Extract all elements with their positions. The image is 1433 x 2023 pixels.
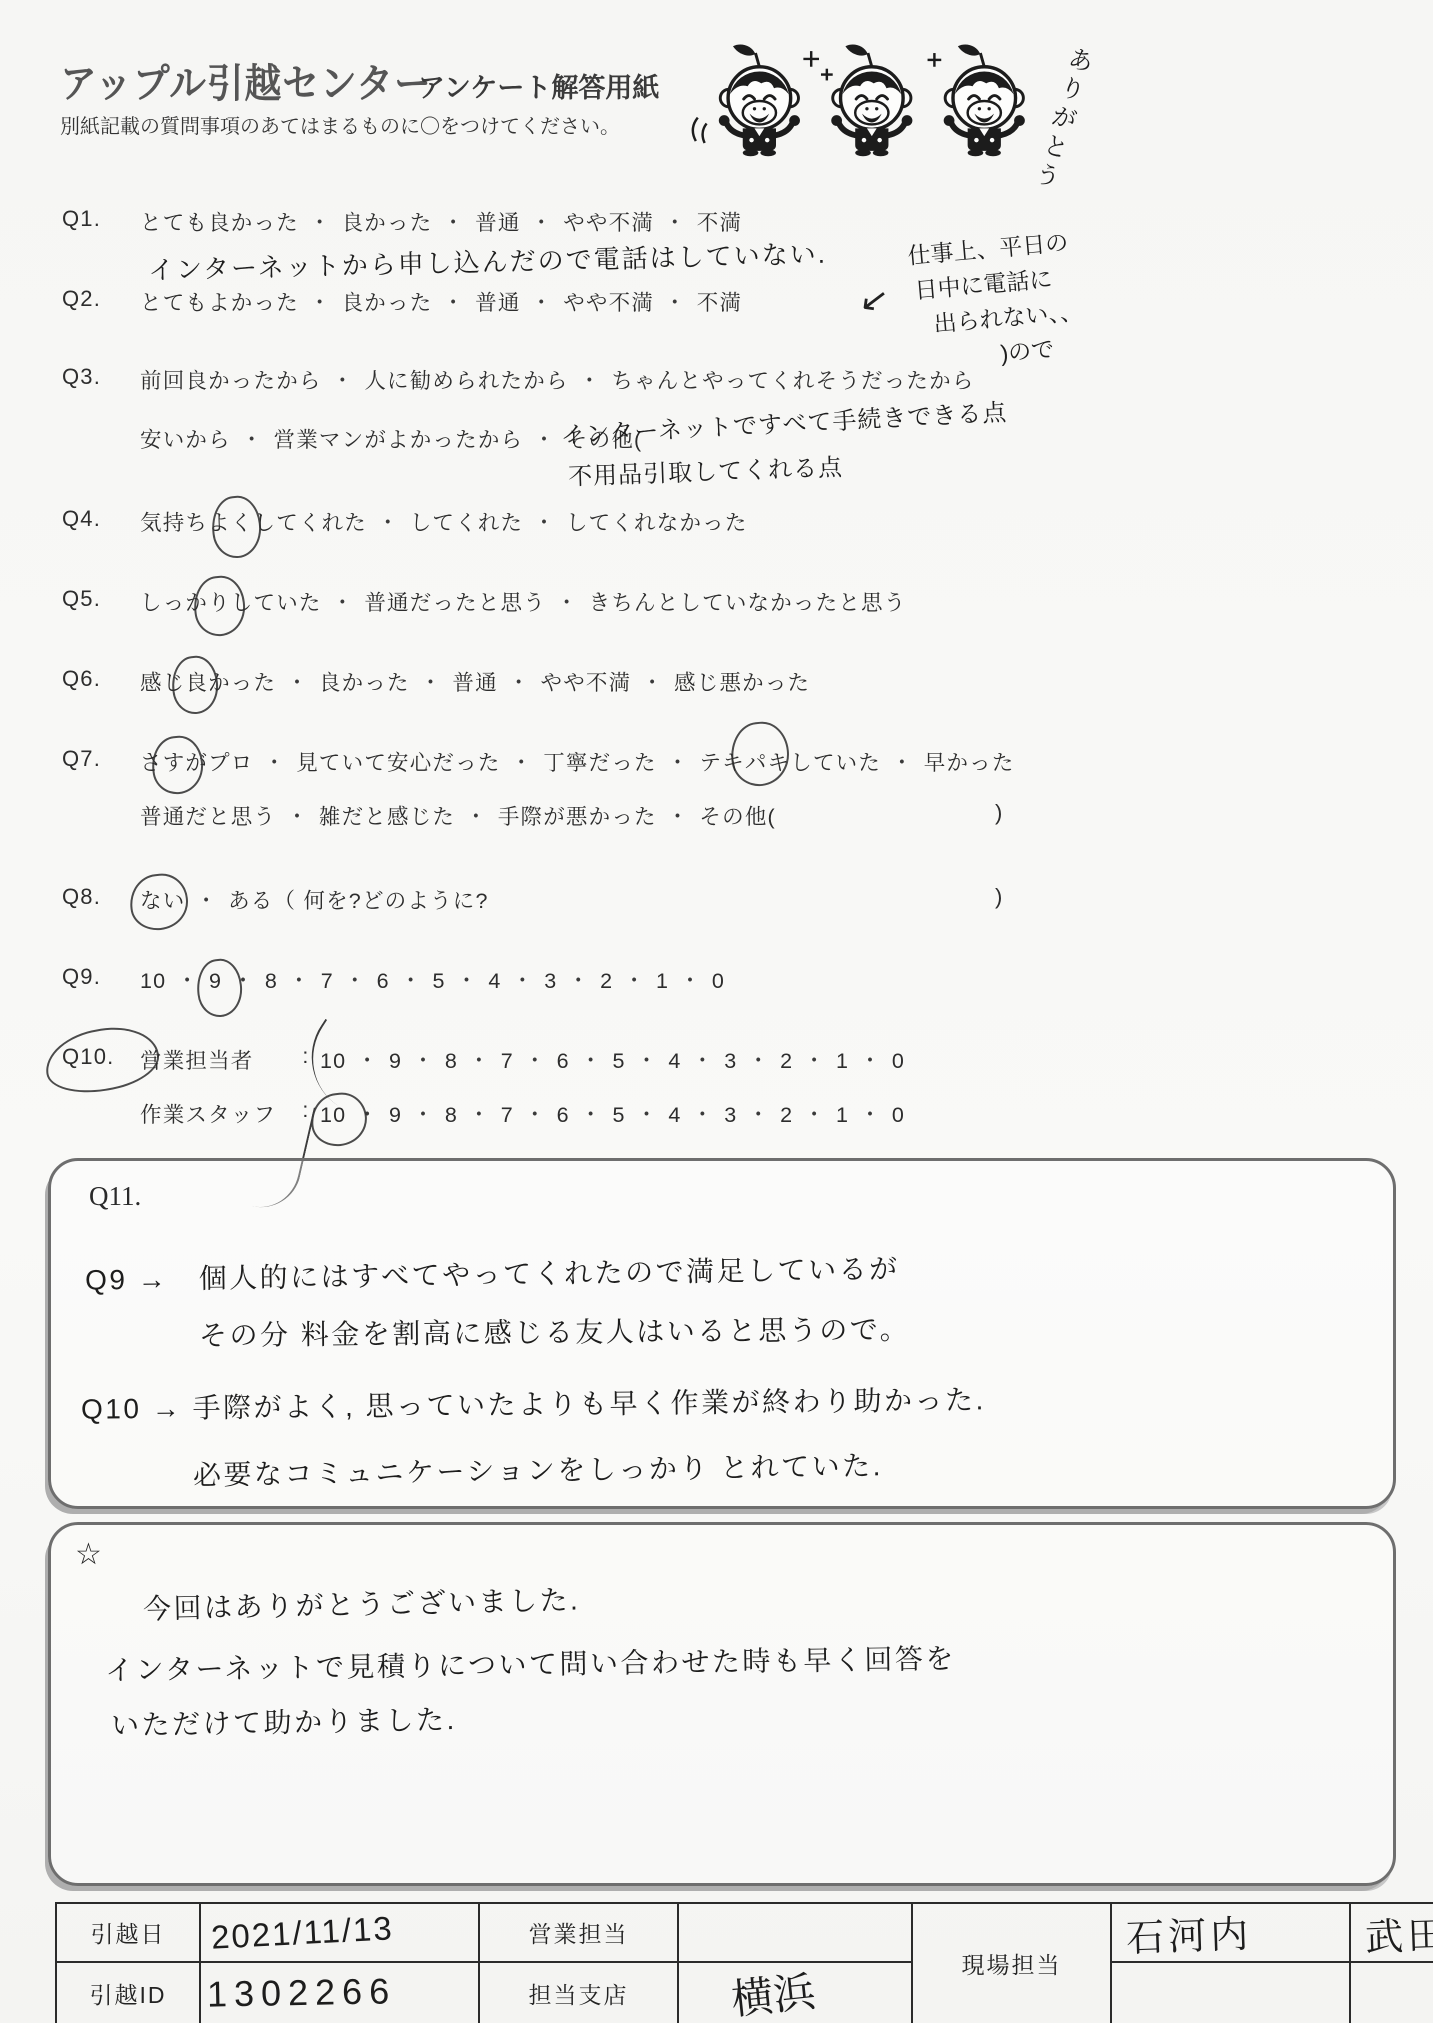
branch-label: 担当支店 (479, 1962, 678, 2023)
option-text: 4 (668, 1049, 681, 1074)
option-text: 不満 (697, 286, 742, 317)
option-text: 普通 (452, 666, 497, 697)
separator-dot: ・ (356, 1098, 379, 1129)
q11-handwriting-line: その分 料金を割高に感じる友人はいると思うので。 (199, 1308, 911, 1354)
option-text: 気持ちよくしてくれた (140, 506, 367, 537)
option-text: 10 (140, 969, 166, 994)
question-q2: Q2. とてもよかった・良かった・普通・やや不満・不満 (62, 286, 742, 317)
options-row: 感じ良かった・良かった・普通・やや不満・感じ悪かった (140, 666, 810, 697)
question-number: Q8. (62, 884, 140, 910)
sales-rep-label: 営業担当 (479, 1903, 678, 1962)
option-text: 8 (265, 969, 278, 994)
separator-dot: ・ (524, 1044, 547, 1075)
separator-dot: ・ (679, 964, 702, 995)
site-rep-label: 現場担当 (912, 1903, 1111, 2023)
option-text: してくれなかった (566, 506, 748, 537)
handwritten-circle-mark (169, 654, 221, 716)
option-text: 2 (780, 1103, 793, 1128)
separator-dot: ・ (195, 884, 218, 915)
handwritten-note-q1: インターネットから申し込んだので電話はしていない. (148, 234, 828, 288)
option-text: 3 (724, 1049, 737, 1074)
separator-dot: ・ (692, 1098, 715, 1129)
separator-dot: ・ (332, 586, 355, 617)
option-text: 早かった (924, 746, 1015, 777)
handwritten-circle-mark (191, 574, 248, 639)
separator-dot: ・ (533, 423, 556, 454)
separator-dot: ・ (442, 286, 465, 317)
separator-dot: ・ (344, 964, 367, 995)
separator-dot: ・ (664, 206, 687, 237)
move-id-label: 引越ID (56, 1962, 200, 2023)
monkey-mascot-1 (719, 45, 800, 157)
handwritten-note-q3-line1: インターネットですべて手続きできる点 (559, 392, 1008, 450)
margin-annotation: 仕事上、平日の 日中に電話に 出られない、、 )ので (894, 224, 1087, 379)
separator-dot: ・ (508, 666, 531, 697)
option-text: やや不満 (563, 206, 654, 237)
option-text: 不満 (697, 206, 742, 237)
question-q9: Q9. 10・9・8・7・6・5・4・3・2・1・0 (62, 964, 725, 995)
option-text: 営業マンがよかったから (274, 423, 524, 454)
separator-dot: ・ (664, 286, 687, 317)
margin-annotation-line: )ので (999, 329, 1087, 371)
separator-dot: ・ (511, 746, 534, 777)
separator-dot: ・ (176, 964, 199, 995)
arrow-icon: ↙ (857, 278, 891, 322)
option-text: しっかりしていた (140, 586, 322, 617)
option-text: 普通 (475, 206, 520, 237)
separator-dot: ・ (286, 666, 309, 697)
question-q3-line1: Q3. 前回良かったから・人に勧められたから・ちゃんとやってくれそうだったから (62, 364, 975, 395)
q11-handwriting-line: 必要なコミュニケーションをしっかり とれていた. (193, 1444, 883, 1494)
option-text: 良かった (319, 666, 410, 697)
separator-dot: ・ (288, 964, 311, 995)
option-text: 9 (389, 1103, 402, 1128)
site-rep-name2-handwriting: 武田 (1364, 1904, 1433, 1962)
q11-comment-box: Q11. Q9 → 個人的にはすべてやってくれたので満足しているが その分 料金… (48, 1158, 1396, 1509)
option-text: 6 (557, 1049, 570, 1074)
question-q7-line1: Q7. さすがプロ・見ていて安心だった・丁寧だった・テキパキしていた・早かった (62, 746, 1015, 777)
option-text: 8 (445, 1103, 458, 1128)
option-text: 2 (600, 969, 613, 994)
separator-dot: ・ (264, 746, 287, 777)
option-text: 見ていて安心だった (296, 746, 500, 777)
separator-dot: ・ (420, 666, 443, 697)
move-date-label: 引越日 (56, 1903, 200, 1962)
option-text: 7 (501, 1103, 514, 1128)
option-text: 感じ悪かった (674, 666, 810, 697)
option-text: 5 (613, 1049, 626, 1074)
handwritten-circle-mark (149, 734, 206, 797)
question-number: Q10. (62, 1044, 140, 1070)
monkey-mascot-3 (944, 45, 1025, 157)
question-q10-row1: Q10. 営業担当者 : 10・9・8・7・6・5・4・3・2・1・0 (62, 1044, 905, 1075)
option-text: 5 (433, 969, 446, 994)
option-text: 6 (557, 1103, 570, 1128)
question-q6: Q6. 感じ良かった・良かった・普通・やや不満・感じ悪かった (62, 666, 810, 697)
option-text: 9 (389, 1049, 402, 1074)
option-text: 雑だと感じた (319, 800, 455, 831)
separator-dot: ・ (400, 964, 423, 995)
separator-dot: ・ (747, 1044, 770, 1075)
question-number: Q1. (62, 206, 140, 232)
option-text: 前回良かったから (140, 364, 322, 395)
question-q8: Q8. ない・ある（ 何を?どのように? (62, 884, 489, 915)
separator-dot: ・ (465, 800, 488, 831)
option-text: 7 (501, 1049, 514, 1074)
separator-dot: ・ (623, 964, 646, 995)
separator-dot: ・ (859, 1098, 882, 1129)
option-text: とても良かった (140, 206, 299, 237)
handwritten-circle-mark (209, 494, 264, 561)
move-id-value-cell: 1302266 (200, 1962, 479, 2023)
option-text: きちんとしていなかったと思う (589, 586, 907, 617)
star-handwriting-line: インターネットで見積りについて問い合わせた時も早く回答を (105, 1637, 956, 1689)
options-row: 気持ちよくしてくれた・してくれた・してくれなかった (140, 506, 748, 537)
separator-dot: ・ (377, 506, 400, 537)
separator-dot: ・ (667, 800, 690, 831)
q11-handwriting-line: Q10 → 手際がよく, 思っていたよりも早く作業が終わり助かった. (81, 1378, 986, 1427)
site-rep-name2-cell: 武田 (1350, 1903, 1433, 1962)
row-label-staff: 作業スタッフ (140, 1098, 292, 1129)
option-text: 良かった (342, 206, 433, 237)
sales-rep-value-cell (678, 1903, 912, 1962)
separator-dot: ・ (309, 286, 332, 317)
question-number: Q3. (62, 364, 140, 390)
question-number: Q4. (62, 506, 140, 532)
separator-dot: ・ (692, 1044, 715, 1075)
separator-dot: ・ (456, 964, 479, 995)
option-text: 2 (780, 1049, 793, 1074)
option-text: 1 (836, 1049, 849, 1074)
options-row: とてもよかった・良かった・普通・やや不満・不満 (140, 286, 742, 317)
separator-dot: ・ (241, 423, 264, 454)
question-number: Q7. (62, 746, 140, 772)
options-row: 普通だと思う・雑だと感じた・手際が悪かった・その他( (140, 800, 776, 831)
monkey-mascot-2 (831, 45, 912, 157)
option-text: 0 (712, 969, 725, 994)
separator-dot: ・ (309, 206, 332, 237)
option-text: 3 (544, 969, 557, 994)
motion-lines-icon (693, 118, 698, 141)
separator-dot: ・ (232, 964, 255, 995)
separator-dot: ・ (641, 666, 664, 697)
separator-dot: ・ (580, 1098, 603, 1129)
option-text: その他( (699, 800, 775, 831)
star-handwriting-line: 今回はありがとうございました. (143, 1578, 581, 1627)
question-q3-line2: 安いから・営業マンがよかったから・その他( (62, 423, 642, 454)
branch-value-cell: 横浜 (678, 1962, 912, 2023)
brand-title: アップル引越センター (60, 52, 432, 109)
options-row: ない・ある（ 何を?どのように? (140, 884, 489, 915)
separator-dot: ・ (579, 364, 602, 395)
closing-paren: ) (995, 800, 1002, 826)
move-date-value-cell: 2021/11/13 (200, 1903, 479, 1962)
option-text: 0 (892, 1049, 905, 1074)
separator-dot: ・ (332, 364, 355, 395)
option-text: とてもよかった (140, 286, 299, 317)
rating-scale-row: 10・9・8・7・6・5・4・3・2・1・0 (320, 1044, 905, 1075)
question-number: Q9. (62, 964, 140, 990)
q11-handwriting-line: Q9 → 個人的にはすべてやってくれたので満足しているが (85, 1247, 900, 1298)
separator-dot: ・ (286, 800, 309, 831)
question-number: Q6. (62, 666, 140, 692)
option-text: 7 (321, 969, 334, 994)
option-text: 4 (488, 969, 501, 994)
separator-dot: ・ (667, 746, 690, 777)
options-row: 前回良かったから・人に勧められたから・ちゃんとやってくれそうだったから (140, 364, 975, 395)
separator-dot: ・ (468, 1044, 491, 1075)
options-row: さすがプロ・見ていて安心だった・丁寧だった・テキパキしていた・早かった (140, 746, 1015, 777)
move-id-handwriting: 1302266 (207, 1970, 397, 2015)
question-number-wrap: Q10. (62, 1044, 140, 1070)
separator-dot: ・ (580, 1044, 603, 1075)
question-q1: Q1. とても良かった・良かった・普通・やや不満・不満 (62, 206, 742, 237)
option-text: ちゃんとやってくれそうだったから (611, 364, 974, 395)
closing-paren: ) (995, 884, 1002, 910)
move-date-handwriting: 2021/11/13 (210, 1909, 394, 1957)
option-text: 9 (209, 969, 222, 994)
option-text: 手際が悪かった (498, 800, 657, 831)
option-text: 8 (445, 1049, 458, 1074)
star-handwriting-line: いただけて助かりました. (111, 1698, 457, 1744)
option-text: 0 (892, 1103, 905, 1128)
separator-dot: ・ (803, 1098, 826, 1129)
option-text: 5 (613, 1103, 626, 1128)
option-text: ない (140, 884, 185, 915)
instruction-text: 別紙記載の質問事項のあてはまるものに〇をつけてください。 (60, 110, 620, 139)
option-text: ある（ 何を?どのように? (228, 884, 489, 915)
option-text: やや不満 (563, 286, 654, 317)
option-text: 感じ良かった (140, 666, 276, 697)
separator-dot: ・ (567, 964, 590, 995)
separator-dot: ・ (859, 1044, 882, 1075)
separator-dot: ・ (636, 1098, 659, 1129)
option-text: 3 (724, 1103, 737, 1128)
handwritten-circle-mark (727, 720, 791, 790)
monkey-mascots-illustration (688, 42, 1040, 157)
option-text: 6 (377, 969, 390, 994)
separator-dot: ・ (533, 506, 556, 537)
rating-scale-row: 10・9・8・7・6・5・4・3・2・1・0 (320, 1098, 905, 1129)
option-text: 普通 (475, 286, 520, 317)
rating-scale-row: 10・9・8・7・6・5・4・3・2・1・0 (140, 964, 725, 995)
separator-dot: ・ (468, 1098, 491, 1129)
options-row: しっかりしていた・普通だったと思う・きちんとしていなかったと思う (140, 586, 906, 617)
branch-handwriting: 横浜 (728, 1959, 818, 2023)
option-text: 人に勧められたから (364, 364, 568, 395)
separator-dot: ・ (412, 1044, 435, 1075)
separator-dot: ・ (531, 286, 554, 317)
survey-sheet-page: アップル引越センター アンケート解答用紙 別紙記載の質問事項のあてはまるものに〇… (0, 0, 1433, 2023)
star-comment-box: ☆ 今回はありがとうございました. インターネットで見積りについて問い合わせた時… (48, 1522, 1396, 1886)
separator-dot: ・ (556, 586, 579, 617)
separator-dot: ・ (636, 1044, 659, 1075)
separator-dot: ・ (747, 1098, 770, 1129)
option-text: やや不満 (541, 666, 632, 697)
site-rep-name1-cell: 石河内 (1111, 1903, 1350, 1962)
question-q4: Q4. 気持ちよくしてくれた・してくれた・してくれなかった (62, 506, 748, 537)
star-icon: ☆ (75, 1537, 102, 1572)
footer-info-table: 引越日 2021/11/13 営業担当 現場担当 石河内 武田 引越ID 130… (55, 1902, 1433, 2023)
q11-label: Q11. (89, 1181, 141, 1212)
question-q10-row2: 作業スタッフ : 10・9・8・7・6・5・4・3・2・1・0 (62, 1098, 905, 1129)
option-text: 安いから (140, 423, 231, 454)
site-rep-name1-handwriting: 石河内 (1125, 1903, 1253, 1962)
option-text: 丁寧だった (543, 746, 657, 777)
separator-dot: ・ (442, 206, 465, 237)
options-row: とても良かった・良かった・普通・やや不満・不満 (140, 206, 742, 237)
question-q7-line2: 普通だと思う・雑だと感じた・手際が悪かった・その他( (62, 800, 776, 831)
separator-dot: ・ (891, 746, 914, 777)
option-text: 普通だったと思う (364, 586, 546, 617)
separator-dot: ・ (531, 206, 554, 237)
option-text: 1 (836, 1103, 849, 1128)
separator-dot: ・ (412, 1098, 435, 1129)
question-number: Q5. (62, 586, 140, 612)
empty-cell (1111, 1962, 1350, 2023)
option-text: 1 (656, 969, 669, 994)
question-q5: Q5. しっかりしていた・普通だったと思う・きちんとしていなかったと思う (62, 586, 906, 617)
option-text: さすがプロ (140, 746, 254, 777)
form-title: アンケート解答用紙 (418, 66, 659, 105)
option-text: テキパキしていた (699, 746, 881, 777)
empty-cell (1350, 1962, 1433, 2023)
separator-dot: ・ (512, 964, 535, 995)
row-label-sales: 営業担当者 (140, 1044, 292, 1075)
question-number: Q2. (62, 286, 140, 312)
option-text: 4 (668, 1103, 681, 1128)
separator-dot: ・ (524, 1098, 547, 1129)
option-text: 普通だと思う (140, 800, 276, 831)
option-text: してくれた (410, 506, 524, 537)
option-text: 良かった (342, 286, 433, 317)
separator-dot: ・ (803, 1044, 826, 1075)
